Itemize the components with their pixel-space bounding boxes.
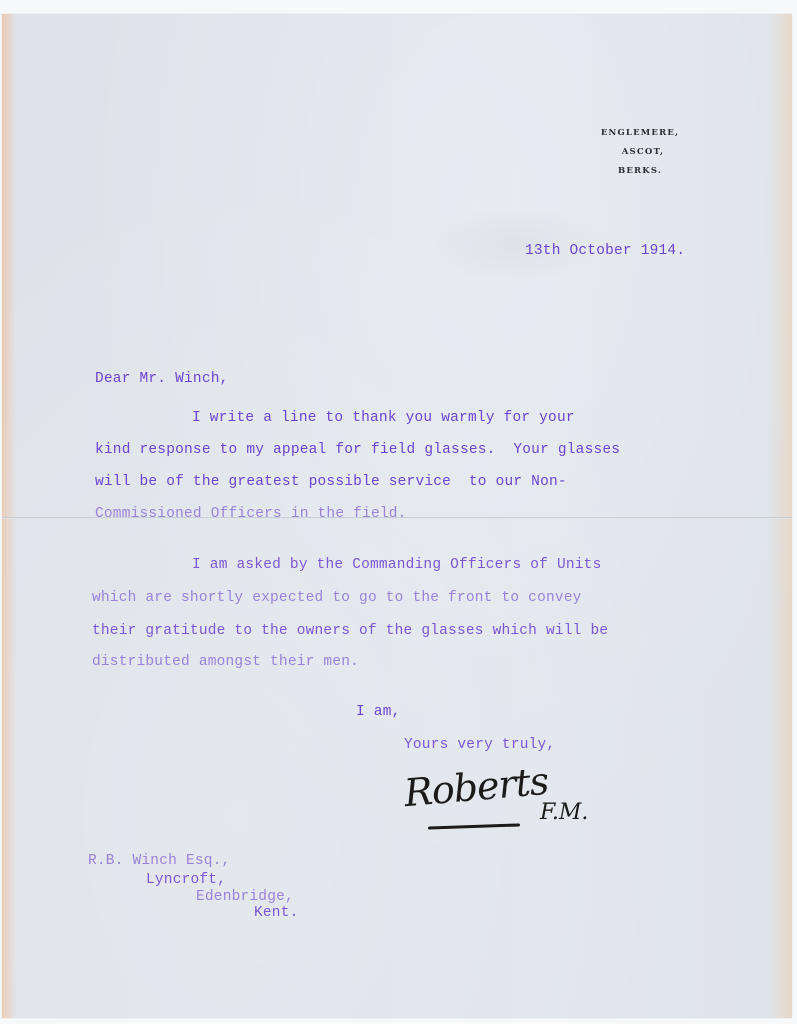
body-line: will be of the greatest possible service… [95, 474, 567, 490]
body-line: Commissioned Officers in the field. [95, 506, 407, 522]
letterhead-line: ASCOT, [560, 143, 720, 162]
body-line: distributed amongst their men. [92, 654, 359, 670]
letterhead-line: ENGLEMERE, [560, 124, 720, 143]
letterhead-line: BERKS. [560, 162, 720, 181]
body-line: which are shortly expected to go to the … [92, 590, 582, 606]
letter-date: 13th October 1914. [525, 243, 685, 259]
salutation: Dear Mr. Winch, [95, 371, 229, 387]
address-line: Lyncroft, [146, 872, 226, 888]
closing-line: Yours very truly, [404, 737, 555, 753]
signature-suffix: F.M. [540, 800, 588, 825]
body-line: I write a line to thank you warmly for y… [192, 410, 575, 426]
letterhead-address: ENGLEMERE, ASCOT, BERKS. [560, 124, 720, 181]
body-line: their gratitude to the owners of the gla… [92, 623, 608, 639]
closing-line: I am, [356, 704, 401, 720]
body-line: kind response to my appeal for field gla… [95, 442, 620, 458]
body-line: I am asked by the Commanding Officers of… [192, 557, 601, 573]
address-line: Kent. [254, 905, 299, 921]
address-line: R.B. Winch Esq., [88, 853, 230, 869]
address-line: Edenbridge, [196, 889, 294, 905]
